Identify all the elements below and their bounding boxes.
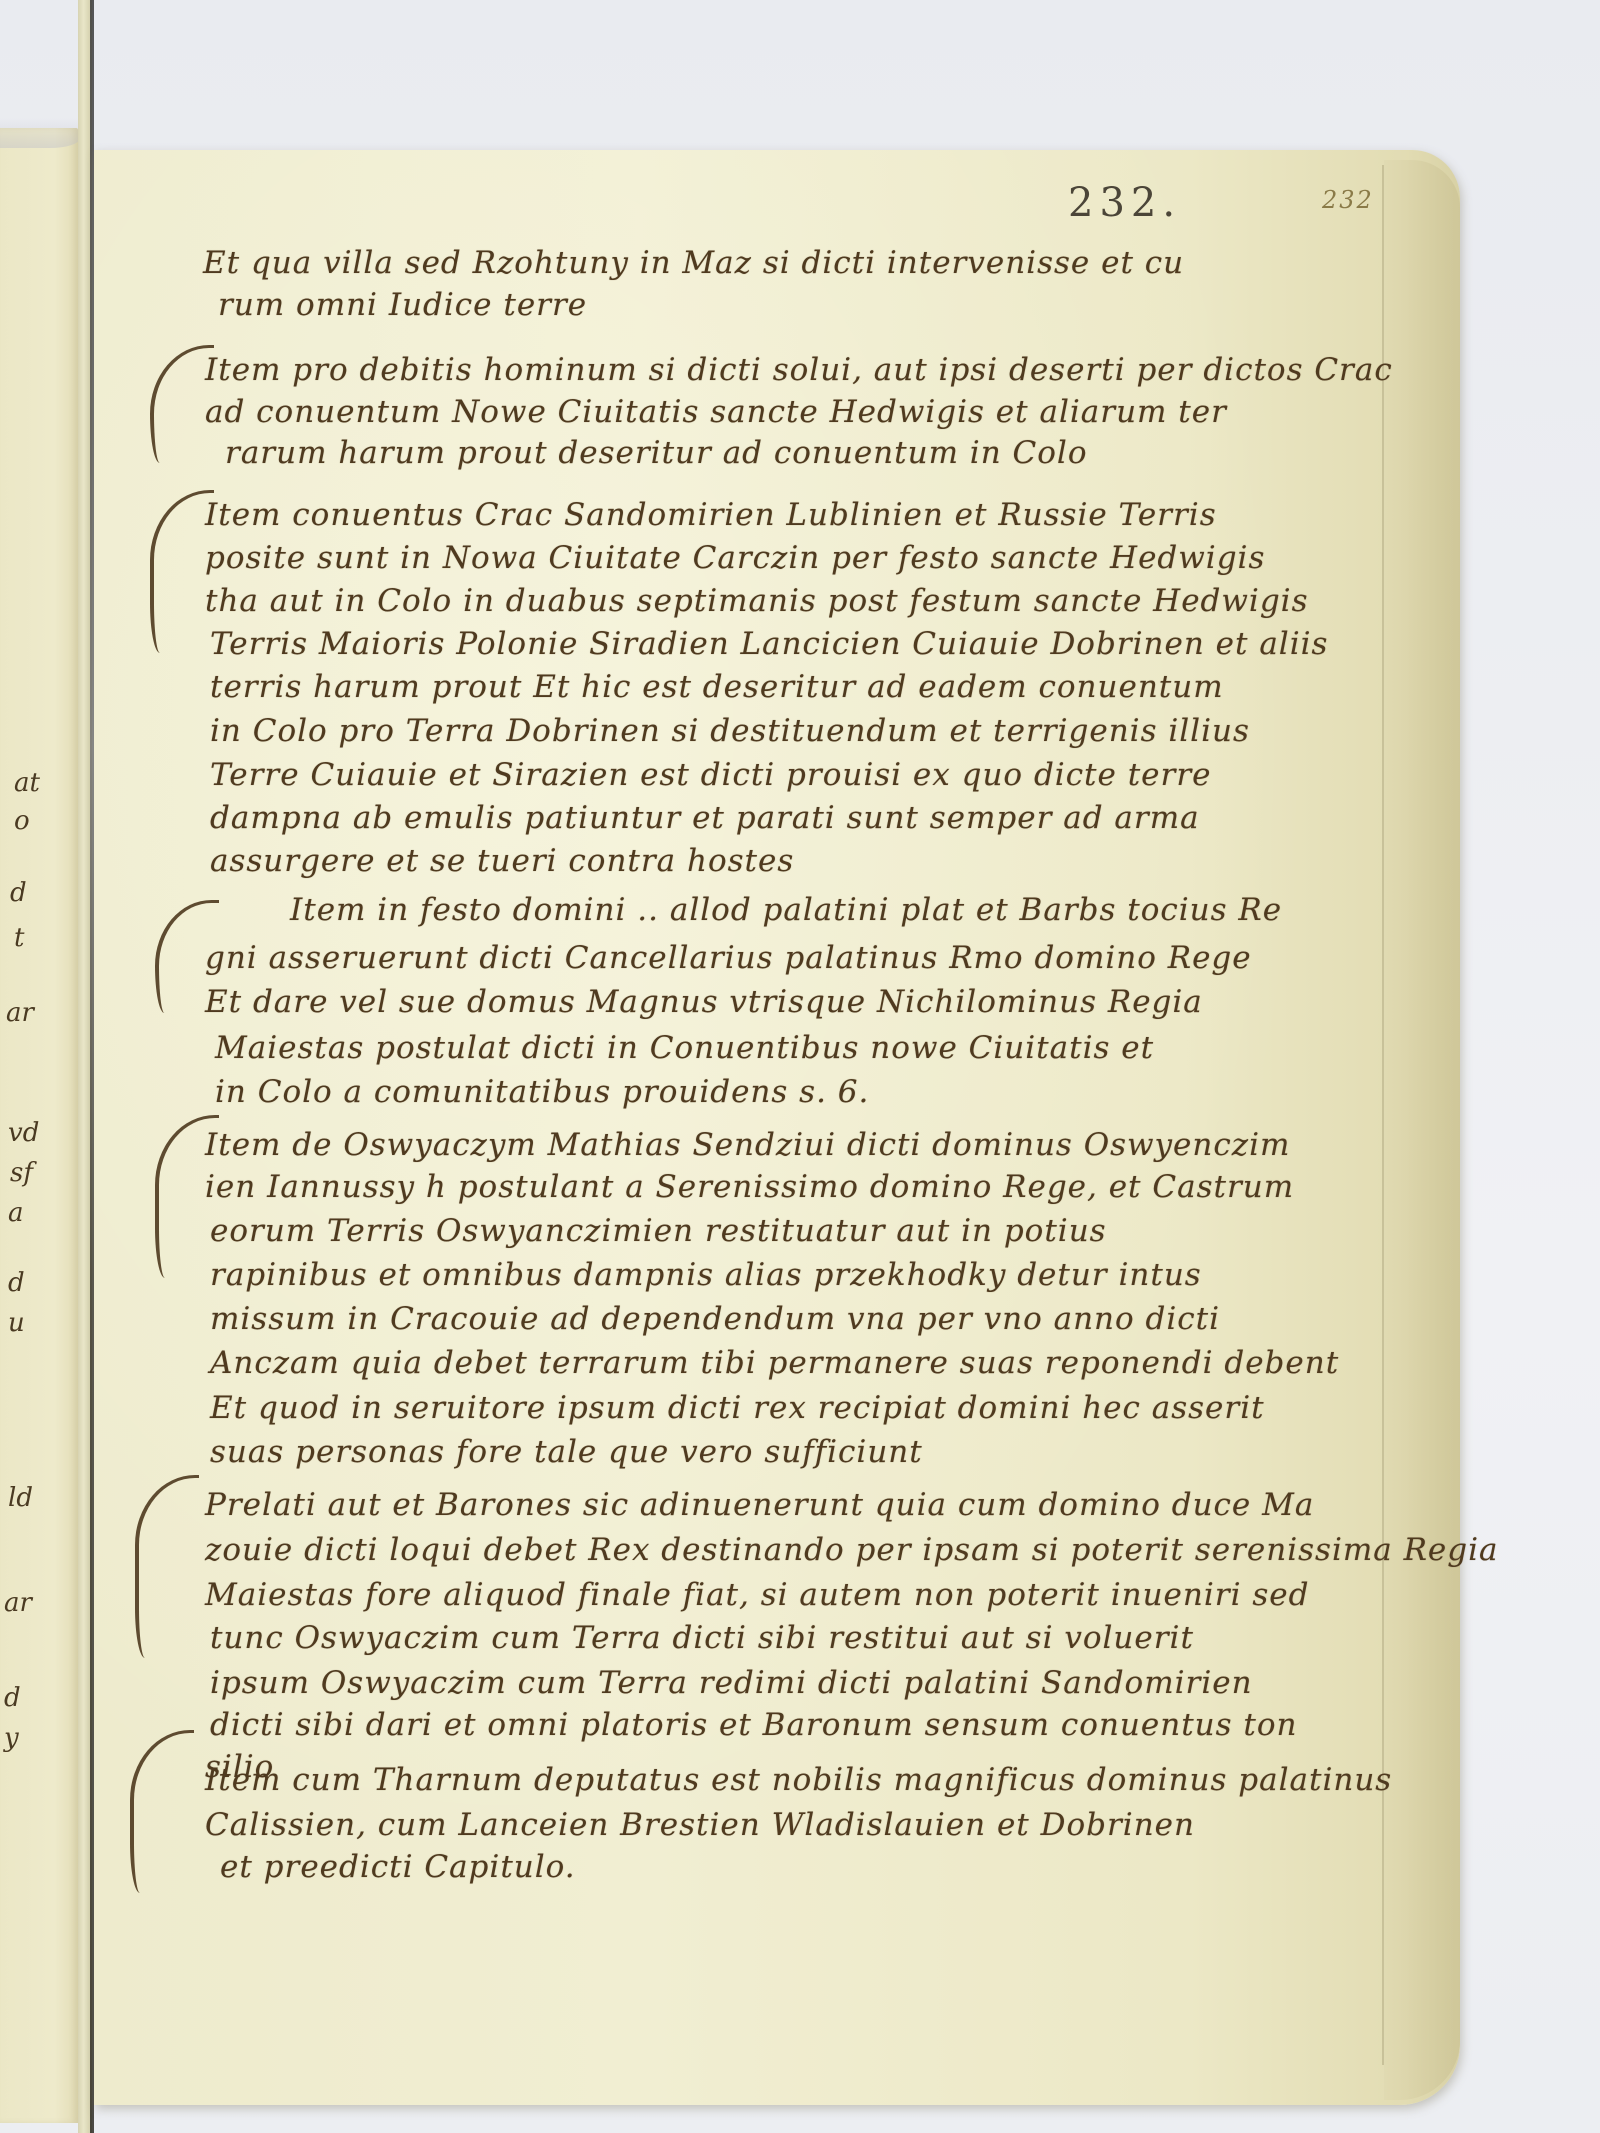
text-line: Et dare vel sue domus Magnus vtrisque Ni… xyxy=(205,987,1203,1018)
text-line: Item cum Tharnum deputatus est nobilis m… xyxy=(205,1765,1392,1796)
left-page-fragment: a xyxy=(8,1200,24,1226)
left-page-fragment: ld xyxy=(8,1485,33,1511)
text-line: zouie dicti loqui debet Rex destinando p… xyxy=(205,1535,1499,1566)
text-line: ipsum Oswyaczim cum Terra redimi dicti p… xyxy=(210,1668,1253,1699)
text-line: missum in Cracouie ad dependendum vna pe… xyxy=(210,1304,1220,1335)
left-page-fragment: y xyxy=(4,1725,19,1751)
text-line: dicti sibi dari et omni platoris et Baro… xyxy=(210,1710,1297,1741)
text-line: Et qua villa sed Rzohtuny in Maz si dict… xyxy=(203,248,1184,279)
left-page-fragment: sf xyxy=(10,1160,33,1186)
text-line: eorum Terris Oswyanczimien restituatur a… xyxy=(210,1216,1107,1247)
text-line: Anczam quia debet terrarum tibi permaner… xyxy=(210,1348,1339,1379)
text-line: Terre Cuiauie et Sirazien est dicti prou… xyxy=(210,760,1212,791)
text-line: tha aut in Colo in duabus septimanis pos… xyxy=(205,586,1309,617)
text-line: rapinibus et omnibus dampnis alias przek… xyxy=(210,1260,1202,1291)
text-line: Item conuentus Crac Sandomirien Lublinie… xyxy=(205,500,1217,531)
text-line: posite sunt in Nowa Ciuitate Carczin per… xyxy=(205,543,1265,574)
folio-number: 232. xyxy=(1068,180,1181,226)
text-line: Et quod in seruitore ipsum dicti rex rec… xyxy=(210,1393,1265,1424)
left-page-top-curve xyxy=(0,118,80,148)
left-page-fragment: u xyxy=(8,1310,25,1336)
left-page-fragment: o xyxy=(14,808,30,834)
text-line: in Colo pro Terra Dobrinen si destituend… xyxy=(210,716,1250,747)
text-line: ien Iannussy h postulant a Serenissimo d… xyxy=(205,1172,1294,1203)
left-page-fragment: d xyxy=(4,1685,21,1711)
text-line: rarum harum prout deseritur ad conuentum… xyxy=(225,438,1088,469)
folio-fore-edge xyxy=(1384,160,1460,2100)
text-line: Maiestas fore aliquod finale fiat, si au… xyxy=(205,1580,1309,1611)
text-line: Terris Maioris Polonie Siradien Lancicie… xyxy=(210,629,1328,660)
text-line: tunc Oswyaczim cum Terra dicti sibi rest… xyxy=(210,1623,1194,1654)
left-page-fragment: at xyxy=(14,770,40,796)
text-line: Prelati aut et Barones sic adinuenerunt … xyxy=(205,1490,1314,1521)
text-line: Maiestas postulat dicti in Conuentibus n… xyxy=(215,1033,1154,1064)
text-line: ad conuentum Nowe Ciuitatis sancte Hedwi… xyxy=(205,397,1227,428)
left-page-fragment: t xyxy=(14,925,24,951)
text-line: rum omni Iudice terre xyxy=(218,290,587,321)
text-line: gni asseruerunt dicti Cancellarius palat… xyxy=(205,943,1252,974)
text-line: Item in festo domini .. allod palatini p… xyxy=(290,895,1282,926)
left-page-fragment: d xyxy=(10,880,27,906)
left-page-fragment: ar xyxy=(4,1590,32,1616)
left-page-fragment: ar xyxy=(6,1000,34,1026)
text-line: et preedicti Capitulo. xyxy=(220,1852,576,1883)
text-line: dampna ab emulis patiuntur et parati sun… xyxy=(210,803,1200,834)
folio-number-pencil: 232 xyxy=(1322,186,1374,214)
text-line: Item pro debitis hominum si dicti solui,… xyxy=(205,355,1393,386)
text-line: suas personas fore tale que vero suffici… xyxy=(210,1437,923,1468)
text-line: Item de Oswyaczym Mathias Sendziui dicti… xyxy=(205,1130,1290,1161)
left-page-fragment: d xyxy=(8,1270,25,1296)
text-line: terris harum prout Et hic est deseritur … xyxy=(210,672,1224,703)
left-page-fragment: vd xyxy=(8,1120,39,1146)
text-line: in Colo a comunitatibus prouidens s. 6. xyxy=(215,1077,869,1108)
text-line: Calissien, cum Lanceien Brestien Wladisl… xyxy=(205,1810,1195,1841)
text-line: assurgere et se tueri contra hostes xyxy=(210,846,794,877)
